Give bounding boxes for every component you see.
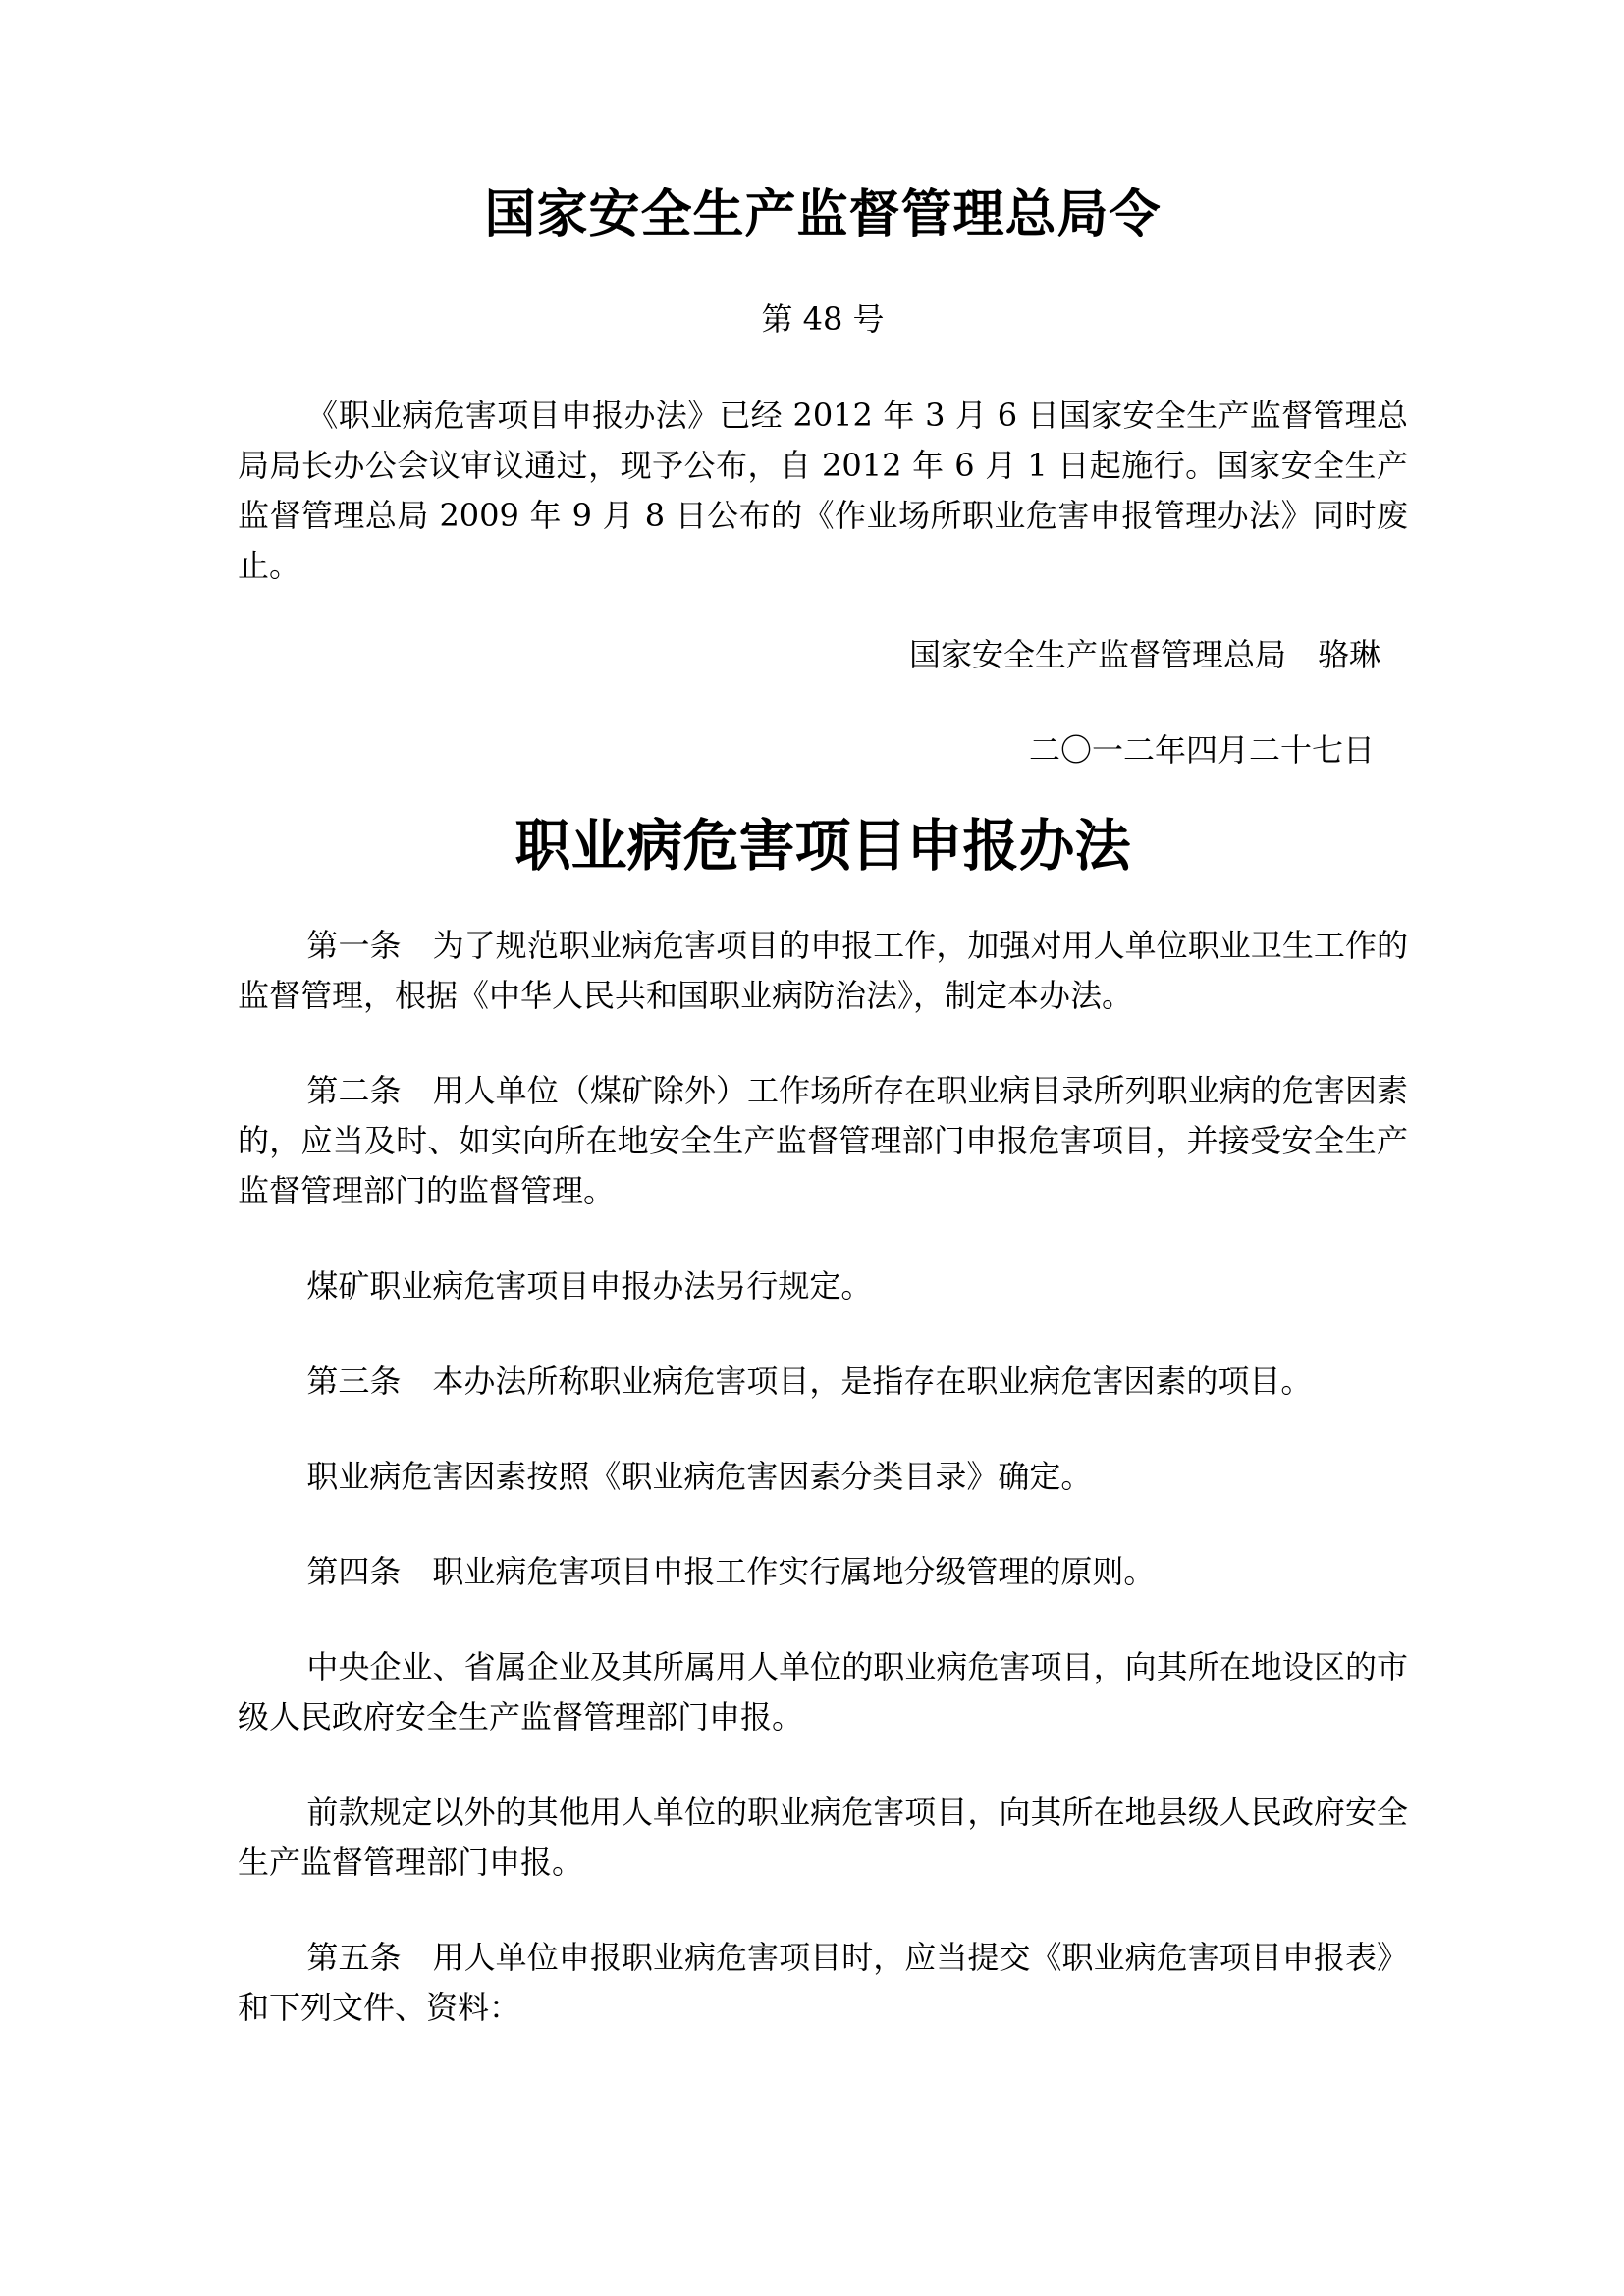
article-paragraph-4-supplement-1: 中央企业、省属企业及其所属用人单位的职业病危害项目，向其所在地设区的市级人民政府… bbox=[238, 1642, 1408, 1742]
article-paragraph-2-supplement: 煤矿职业病危害项目申报办法另行规定。 bbox=[238, 1261, 1408, 1311]
article-paragraph-1: 第一条 为了规范职业病危害项目的申报工作，加强对用人单位职业卫生工作的监督管理，… bbox=[238, 921, 1408, 1021]
signature-line: 国家安全生产监督管理总局 骆琳 bbox=[238, 630, 1408, 680]
article-paragraph-3-supplement: 职业病危害因素按照《职业病危害因素分类目录》确定。 bbox=[238, 1452, 1408, 1502]
article-paragraph-5: 第五条 用人单位申报职业病危害项目时，应当提交《职业病危害项目申报表》和下列文件… bbox=[238, 1933, 1408, 2033]
article-paragraph-4: 第四条 职业病危害项目申报工作实行属地分级管理的原则。 bbox=[238, 1547, 1408, 1597]
document-page: 国家安全生产监督管理总局令 第 48 号 《职业病危害项目申报办法》已经 201… bbox=[0, 0, 1624, 2296]
document-header-title: 国家安全生产监督管理总局令 bbox=[238, 183, 1408, 247]
body-title: 职业病危害项目申报办法 bbox=[238, 811, 1408, 881]
date-line: 二〇一二年四月二十七日 bbox=[238, 725, 1408, 775]
order-number: 第 48 号 bbox=[238, 298, 1408, 340]
document-content: 国家安全生产监督管理总局令 第 48 号 《职业病危害项目申报办法》已经 201… bbox=[0, 183, 1624, 2033]
article-paragraph-3: 第三条 本办法所称职业病危害项目，是指存在职业病危害因素的项目。 bbox=[238, 1357, 1408, 1407]
article-paragraph-4-supplement-2: 前款规定以外的其他用人单位的职业病危害项目，向其所在地县级人民政府安全生产监督管… bbox=[238, 1788, 1408, 1888]
article-paragraph-2: 第二条 用人单位（煤矿除外）工作场所存在职业病目录所列职业病的危害因素的，应当及… bbox=[238, 1066, 1408, 1216]
preamble-paragraph: 《职业病危害项目申报办法》已经 2012 年 3 月 6 日国家安全生产监督管理… bbox=[238, 391, 1408, 591]
